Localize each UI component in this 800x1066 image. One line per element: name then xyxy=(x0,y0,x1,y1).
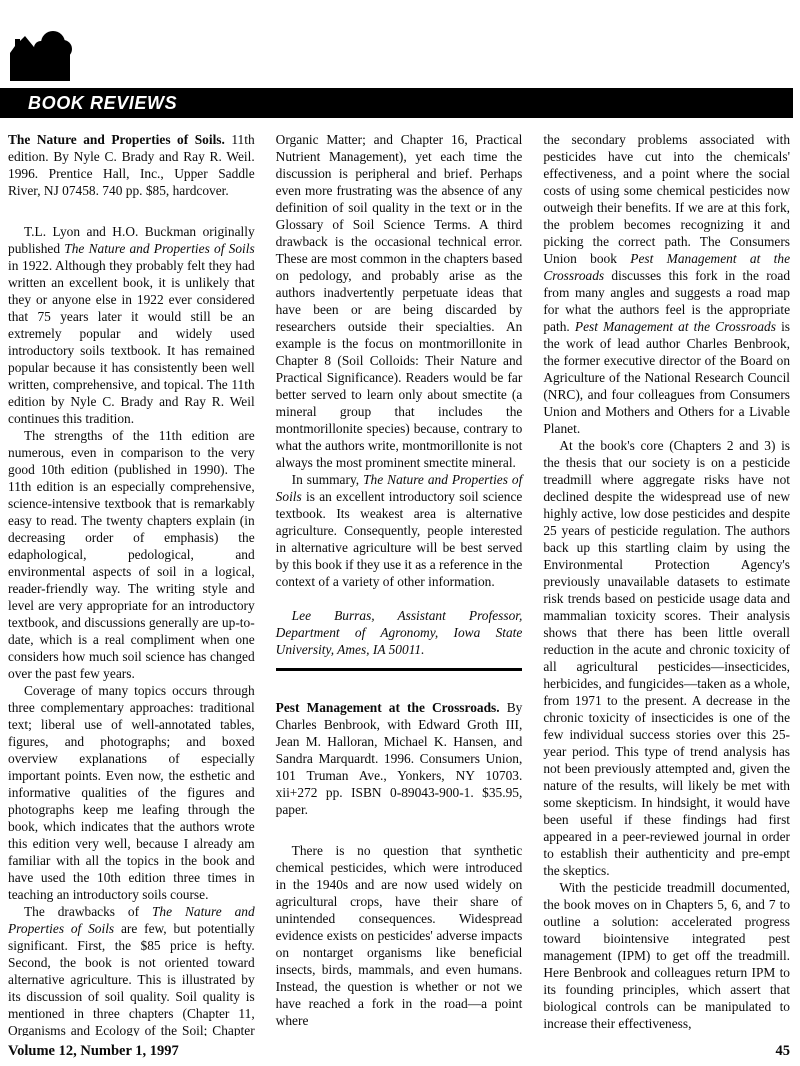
review-paragraph: the secondary problems associated with p… xyxy=(543,131,790,437)
review-paragraph: T.L. Lyon and H.O. Buckman originally pu… xyxy=(8,223,255,427)
review-paragraph: The drawbacks of The Nature and Properti… xyxy=(8,903,255,1036)
journal-volume-line: Volume 12, Number 1, 1997 xyxy=(8,1042,179,1060)
review-paragraph: Coverage of many topics occurs through t… xyxy=(8,682,255,903)
column-1: The Nature and Properties of Soils. 11th… xyxy=(8,131,255,1036)
column-3: the secondary problems associated with p… xyxy=(543,131,790,1036)
page-title: BOOK REVIEWS xyxy=(0,93,177,114)
review-paragraph: In summary, The Nature and Properties of… xyxy=(276,471,523,590)
review-paragraph: There is no question that synthetic chem… xyxy=(276,842,523,1029)
review-columns: The Nature and Properties of Soils. 11th… xyxy=(8,131,790,1036)
section-divider-rule xyxy=(276,668,523,671)
farm-silhouette-logo xyxy=(8,27,76,85)
review-paragraph: With the pesticide treadmill documented,… xyxy=(543,879,790,1032)
book-citation: Pest Management at the Crossroads. By Ch… xyxy=(276,699,523,818)
column-2: Organic Matter; and Chapter 16, Practica… xyxy=(276,131,523,1036)
review-paragraph: Organic Matter; and Chapter 16, Practica… xyxy=(276,131,523,471)
book-citation: The Nature and Properties of Soils. 11th… xyxy=(8,131,255,199)
review-paragraph: The strengths of the 11th edition are nu… xyxy=(8,427,255,682)
page-footer: Volume 12, Number 1, 1997 45 xyxy=(8,1042,790,1060)
page-number: 45 xyxy=(776,1042,791,1060)
journal-page: BOOK REVIEWS The Nature and Properties o… xyxy=(0,0,800,1066)
section-header-bar: BOOK REVIEWS xyxy=(0,88,793,118)
review-paragraph: At the book's core (Chapters 2 and 3) is… xyxy=(543,437,790,879)
reviewer-signature: Lee Burras, Assistant Professor, Departm… xyxy=(276,607,523,658)
